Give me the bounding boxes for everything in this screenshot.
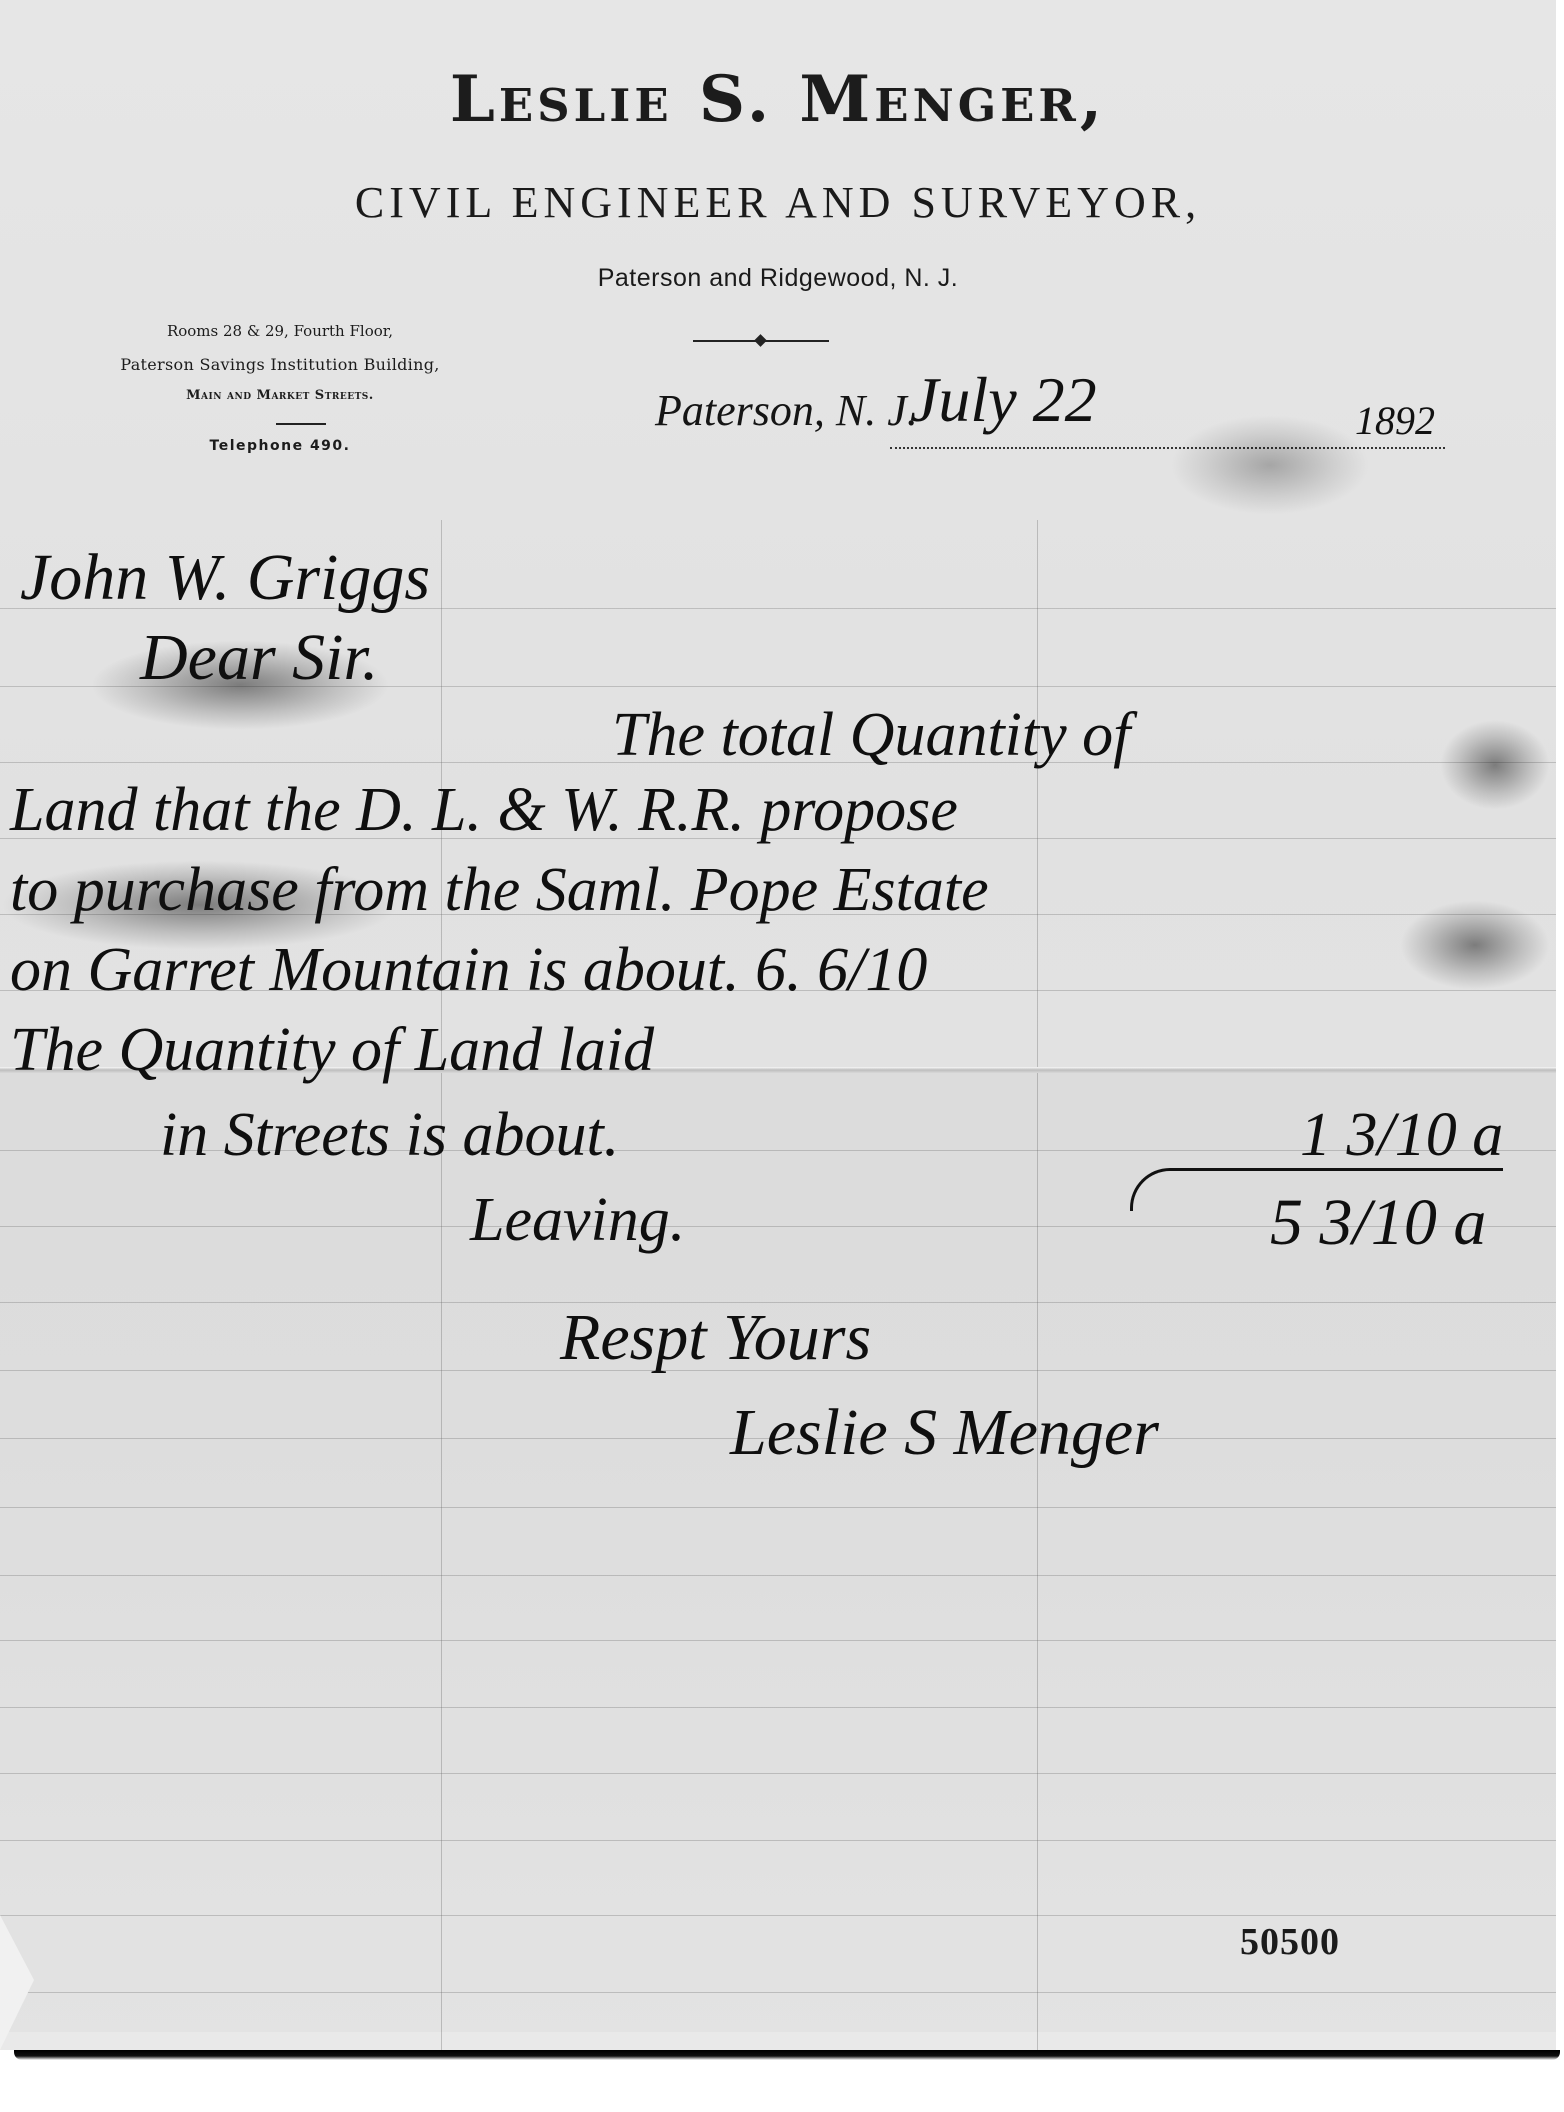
divider-diamond-icon [754, 334, 767, 347]
letterhead-name: Leslie S. Menger, [0, 62, 1556, 137]
address-streets: Main and Market Streets. [60, 388, 500, 403]
ink-smudge [1440, 720, 1550, 810]
archive-number: 50500 [1240, 1920, 1340, 1964]
address-divider [276, 423, 326, 425]
body-line: to purchase from the Saml. Pope Estate [10, 855, 989, 926]
body-line: on Garret Mountain is about. 6. 6/10 [10, 935, 927, 1006]
address-rooms: Rooms 28 & 29, Fourth Floor, [60, 322, 500, 340]
leaving-label: Leaving. [470, 1185, 685, 1256]
salutation: Dear Sir. [140, 620, 378, 696]
streets-quantity: 1 3/10 a [1300, 1100, 1503, 1171]
closing: Respt Yours [560, 1300, 871, 1376]
dateline-place: Paterson, N. J. [655, 385, 918, 436]
letter-page: Leslie S. Menger, CIVIL ENGINEER AND SUR… [0, 0, 1556, 2050]
ink-smudge [1400, 900, 1550, 990]
letter-date: July 22 [910, 363, 1097, 437]
body-line: The Quantity of Land laid [10, 1015, 654, 1086]
letterhead-title: CIVIL ENGINEER AND SURVEYOR, [0, 177, 1556, 228]
address-building: Paterson Savings Institution Building, [60, 355, 500, 374]
leaving-quantity: 5 3/10 a [1270, 1185, 1486, 1261]
body-line: Land that the D. L. & W. R.R. propose [10, 775, 958, 846]
ink-smudge [1170, 415, 1370, 515]
page-edge-shadow [14, 2050, 1560, 2060]
letterhead-locations: Paterson and Ridgewood, N. J. [0, 264, 1556, 293]
body-line: in Streets is about. [160, 1100, 619, 1171]
letter-year: 1892 [1355, 397, 1435, 444]
recipient-name: John W. Griggs [20, 540, 430, 616]
body-line: The total Quantity of [612, 700, 1130, 771]
folded-corner [0, 1915, 34, 2050]
address-telephone: Telephone 490. [60, 438, 500, 454]
signature: Leslie S Menger [730, 1395, 1159, 1471]
